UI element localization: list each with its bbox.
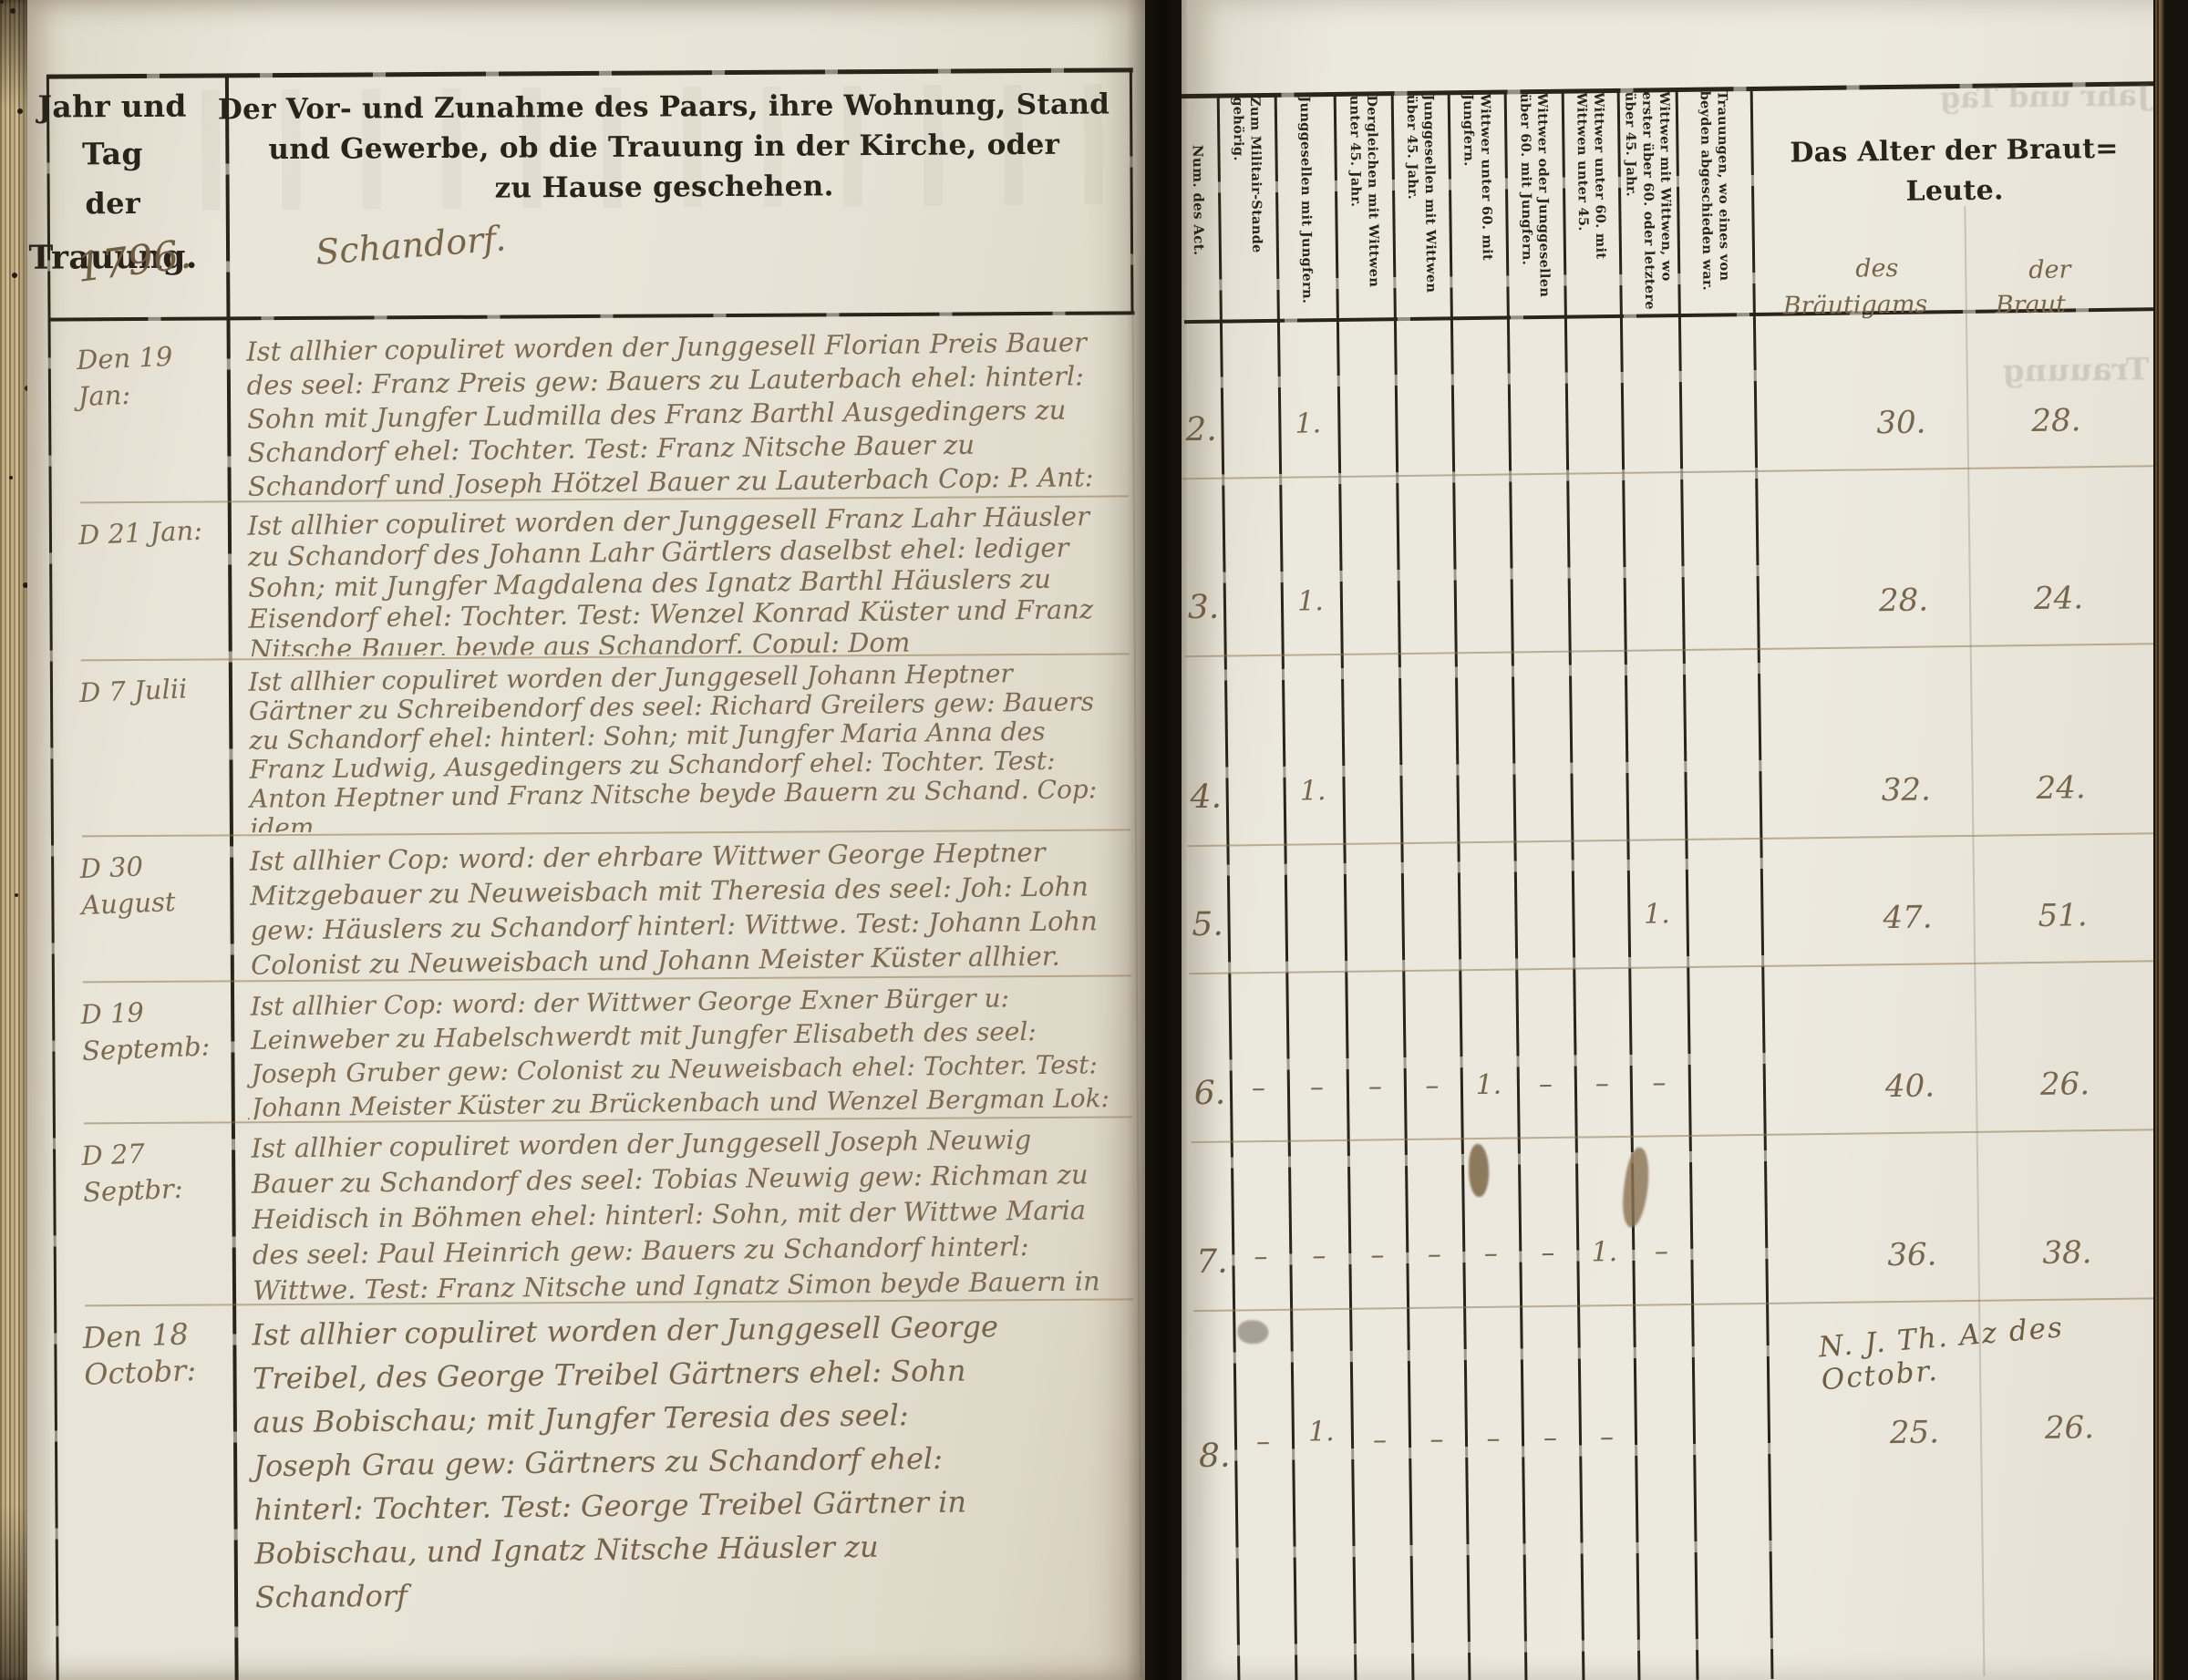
column-header-abgeschieden: Trauungen, wo eines von beyden abgeschie… [1676, 90, 1753, 314]
tally-cell: – [1347, 1070, 1404, 1103]
tally-cell: – [1348, 1239, 1406, 1272]
bride-age: 26. [1997, 1066, 2134, 1104]
bride-age: 51. [1994, 897, 2131, 935]
entry-date: D 19 Septemb: [80, 991, 227, 1069]
tally-cell [1573, 931, 1628, 932]
entry-date: Den 19 Jan: [76, 336, 222, 415]
tally-cell: – [1465, 1422, 1522, 1455]
tally-cell [1452, 438, 1509, 438]
column-header-label: Junggesellen mit Jungfern. [1295, 96, 1316, 304]
tally-cell: – [1579, 1421, 1635, 1454]
tally-cell: – [1574, 1067, 1630, 1100]
tally-cell [1400, 805, 1457, 806]
column-header-label: Num. des Act. [1188, 145, 1207, 256]
ghost-text: Jahr und Tag [1940, 77, 2152, 115]
tally-cell [1624, 613, 1682, 613]
tally-cell: – [1522, 1422, 1579, 1455]
tally-cell [1685, 801, 1760, 802]
tally-cell: – [1519, 1237, 1576, 1270]
tally-cell: – [1517, 1068, 1574, 1101]
header-line: zu Hause geschehen. [202, 164, 1127, 210]
header-line: der [24, 178, 202, 230]
column-header-label: Trauungen, wo eines von beyden abgeschie… [1696, 90, 1733, 313]
entry-text: Ist allhier copuliret worden der Jungges… [248, 658, 1118, 834]
tally-cell [1343, 806, 1400, 807]
entry-text: Ist allhier copuliret worden der Jungges… [252, 1304, 1012, 1619]
column-header-wittwer-unter-60-jungfern: Wittwer unter 60. mit Jungfern. [1448, 94, 1507, 317]
ink-specks [0, 0, 4, 4]
tally-cell [1622, 435, 1680, 436]
register-entry: D 21 Jan: Ist allhier copuliret worden d… [26, 495, 1144, 657]
act-number: 4. [1184, 778, 1227, 817]
page-edges-right [2153, 0, 2188, 1680]
column-header-wittwen-unter-45: Dergleichen mit Wittwen unter 45. Jahr. [1334, 95, 1394, 318]
bride-age: 38. [1998, 1234, 2136, 1273]
tally-cell [1511, 614, 1568, 615]
smudge [1237, 1320, 1268, 1344]
table-right-border [1130, 69, 1134, 313]
table-top-border [46, 67, 1133, 78]
tally-cell: – [1230, 1072, 1287, 1105]
register-entry: D 30 August Ist allhier Cop: word: der e… [27, 829, 1146, 979]
register-entry: D 27 Septbr: Ist allhier copuliret worde… [29, 1116, 1148, 1303]
groom-age: 28. [1835, 582, 1973, 620]
column-header-wittwer-wittwen-alt: Wittwer mit Wittwen, wo erster über 60. … [1617, 91, 1678, 314]
entry-text: Ist allhier Cop: word: der ehrbare Wittw… [250, 834, 1120, 980]
column-header-wittwer-wittwen-unter-45: Wittwer unter 60. mit Wittwen unter 45. [1562, 92, 1620, 315]
entry-text: Ist allhier copuliret worden der Jungges… [246, 325, 1116, 500]
tally-cell: – [1234, 1426, 1292, 1458]
table-row: 3. 1. 28. 24. [1179, 465, 2187, 655]
table-row: 2. 1. 30. 28. [1177, 311, 2185, 478]
header-line: Das Alter der Braut= [1758, 129, 2151, 174]
marriage-register-spread: Jahr und Tag der Trauung. Der Vor- und Z… [0, 0, 2188, 1680]
act-number: 5. [1186, 906, 1229, 944]
tally-cell [1454, 614, 1511, 615]
tally-cell [1459, 932, 1515, 933]
header-line: und Gewerbe, ob die Trauung in der Kirch… [201, 124, 1126, 170]
tally-cell [1338, 438, 1396, 439]
entry-text: Ist allhier Cop: word: der Wittwer Georg… [251, 980, 1120, 1121]
tally-cell [1568, 613, 1624, 614]
entry-date: Den 18 Octobr: [82, 1314, 222, 1393]
column-header-label: Zum Militair-Stande gehörig. [1228, 97, 1265, 319]
entry-text: Ist allhier copuliret worden der Jungges… [251, 1121, 1121, 1304]
act-number: 8. [1193, 1438, 1236, 1476]
bride-subheader: der [2028, 255, 2071, 284]
register-entry: D 19 Septemb: Ist allhier Cop: word: der… [28, 974, 1147, 1120]
tally-cell [1345, 933, 1402, 934]
bride-age: 24. [1992, 769, 2130, 808]
tally-cell [1626, 802, 1685, 803]
groom-age: 32. [1837, 771, 1975, 809]
tally-cell: 1. [1627, 898, 1686, 931]
tally-cell [1223, 618, 1281, 619]
tally-cell: 1. [1292, 1416, 1351, 1448]
table-row: 6. – – – – 1. – – – 40. 26. [1185, 960, 2188, 1141]
table-row: 5. 1. 47. 51. [1183, 832, 2188, 973]
bride-age: 28. [1987, 402, 2125, 440]
entry-date: D 21 Jan: [77, 511, 223, 553]
tally-cell [1285, 934, 1345, 935]
tally-cell: 1. [1283, 775, 1342, 808]
column-header-label: Wittwer unter 60. mit Jungfern. [1459, 94, 1496, 316]
groom-age: 25. [1846, 1414, 1984, 1452]
column-header-num: Num. des Act. [1176, 98, 1220, 321]
act-number: 6. [1189, 1075, 1232, 1113]
groom-subheader: des [1855, 254, 1899, 283]
header-bottom-border [47, 311, 1134, 321]
act-number: 2. [1180, 411, 1223, 449]
column-header-wittwen-ueber-45: Junggesellen mit Wittwen über 45. Jahr. [1391, 94, 1450, 317]
tally-cell [1680, 434, 1755, 435]
tally-cell: – [1632, 1235, 1690, 1268]
groom-age: 36. [1843, 1236, 1981, 1274]
tally-cell: 1. [1281, 585, 1340, 618]
entry-date: D 7 Julii [78, 669, 224, 711]
entry-date: D 27 Septbr: [81, 1132, 228, 1211]
act-number: 7. [1191, 1243, 1233, 1282]
tally-cell [1340, 616, 1398, 617]
column-header-label: Junggesellen mit Wittwen über 45. Jahr. [1402, 95, 1440, 317]
bride-age: 26. [2001, 1409, 2139, 1448]
register-entry: Den 19 Jan: Ist allhier copuliret worden… [25, 320, 1143, 500]
tally-cell: – [1462, 1237, 1519, 1270]
tally-cell: 1. [1576, 1236, 1632, 1269]
tally-cell [1691, 1266, 1766, 1267]
tally-cell [1396, 438, 1452, 438]
tally-cell: – [1289, 1240, 1348, 1273]
groom-age: 30. [1832, 404, 1970, 442]
tally-cell [1226, 808, 1284, 809]
right-page: Num. des Act. Zum Militair-Stande gehöri… [1182, 0, 2188, 1680]
column-header-label: Dergleichen mit Wittwen unter 45. Jahr. [1345, 95, 1382, 317]
tally-cell: – [1232, 1241, 1289, 1273]
groom-age: 47. [1839, 899, 1976, 937]
header-line: Der Vor- und Zunahme des Paars, ihre Woh… [201, 84, 1126, 129]
act-number: 3. [1182, 589, 1225, 627]
tally-cell: – [1404, 1069, 1460, 1102]
table-row: 7. – – – – – – 1. – 36. 38. [1188, 1129, 2188, 1310]
header-line: Jahr und Tag [23, 83, 202, 179]
tally-cell [1228, 935, 1285, 936]
tally-cell: 1. [1278, 407, 1337, 440]
tally-cell: 1. [1460, 1068, 1517, 1101]
tally-cell [1515, 932, 1573, 933]
tally-cell [1222, 440, 1279, 441]
tally-cell [1566, 436, 1622, 437]
tally-cell [1457, 804, 1513, 805]
tally-cell [1687, 929, 1761, 930]
bride-age: 24. [1990, 580, 2128, 618]
table-row: 4. 1. 32. 24. [1182, 643, 2188, 845]
tally-cell: – [1351, 1424, 1409, 1457]
tally-cell [1682, 612, 1757, 613]
main-column-header: Der Vor- und Zunahme des Paars, ihre Woh… [201, 84, 1127, 210]
column-header-label: Wittwer unter 60. mit Wittwen unter 45. [1572, 92, 1609, 314]
entry-date: D 30 August [79, 845, 226, 923]
tally-cell: – [1630, 1067, 1688, 1099]
tally-cell: – [1409, 1423, 1465, 1456]
register-entry: D 7 Julii Ist allhier copuliret worden d… [26, 653, 1145, 833]
column-header-label: Wittwer oder Junggesellen über 60. mit J… [1515, 93, 1553, 315]
tally-cell [1509, 437, 1566, 438]
tally-cell [1688, 1098, 1763, 1098]
column-header-junggesellen-jungfern: Junggesellen mit Jungfern. [1275, 96, 1337, 319]
tally-cell [1513, 804, 1571, 805]
tally-cell [1635, 1420, 1693, 1421]
entry-text: Ist allhier copuliret worden der Jungges… [247, 500, 1117, 658]
place-annotation: Schandorf. [315, 218, 508, 273]
column-header-militair: Zum Militair-Stande gehörig. [1217, 97, 1277, 320]
tally-cell: – [1406, 1238, 1462, 1271]
tally-cell [1398, 615, 1454, 616]
tally-cell [1693, 1419, 1768, 1420]
tally-cell [1571, 803, 1626, 804]
tally-cell: – [1287, 1071, 1347, 1104]
left-page: Jahr und Tag der Trauung. Der Vor- und Z… [27, 0, 1145, 1680]
groom-age: 40. [1842, 1067, 1979, 1106]
tally-cell [1402, 933, 1459, 933]
header-line: Leute. [1759, 169, 2152, 214]
age-column-header: Das Alter der Braut= Leute. [1758, 129, 2151, 214]
register-entry: Den 18 Octobr: Ist allhier copuliret wor… [30, 1298, 1151, 1680]
column-header-wittwer-ueber-60-jungfern: Wittwer oder Junggesellen über 60. mit J… [1504, 93, 1564, 316]
column-header-label: Wittwer mit Wittwen, wo erster über 60. … [1620, 91, 1675, 314]
